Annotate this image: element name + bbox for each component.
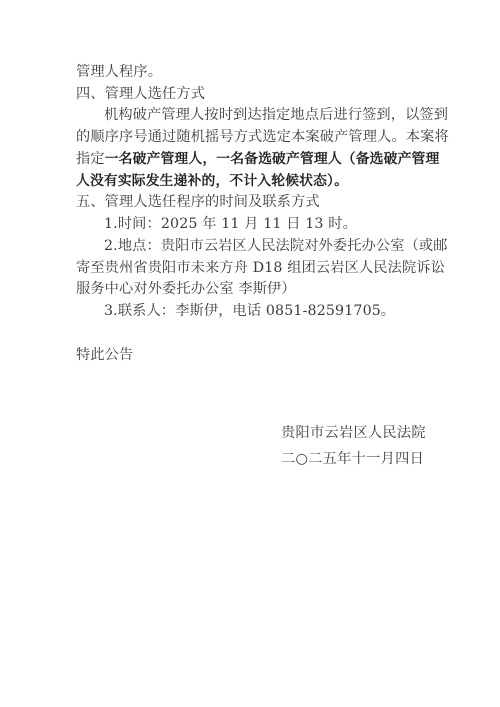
section-heading-time-contact: 五、管理人选任程序的时间及联系方式 [76, 193, 320, 211]
emphasized-text: 一名破产管理人，一名备选破产管理人（备选破产管理 [105, 151, 440, 167]
paragraph-line: 机构破产管理人按时到达指定地点后进行签到，以签到 [104, 106, 448, 124]
paragraph-line: 管理人程序。 [76, 63, 162, 81]
document-page: 管理人程序。 四、管理人选任方式 机构破产管理人按时到达指定地点后进行签到，以签… [0, 0, 500, 707]
paragraph-line: 指定一名破产管理人，一名备选破产管理人（备选破产管理 [76, 150, 439, 168]
paragraph-line: 的顺序序号通过随机摇号方式选定本案破产管理人。本案将 [76, 128, 449, 146]
paragraph-text: 指定 [76, 151, 105, 167]
emphasized-text: 人没有实际发生递补的，不计入轮候状态）。 [76, 172, 348, 190]
location-item: 2.地点：贵阳市云岩区人民法院对外委托办公室（或邮 [104, 237, 448, 255]
time-item: 1.时间：2025 年 11 月 11 日 13 时。 [104, 215, 357, 233]
signature-date: 二○二五年十一月四日 [281, 450, 424, 468]
contact-item: 3.联系人：李斯伊，电话 0851-82591705。 [104, 302, 395, 320]
section-heading-selection-method: 四、管理人选任方式 [76, 85, 205, 103]
court-signature: 贵阳市云岩区人民法院 [281, 424, 426, 442]
paragraph-line: 寄至贵州省贵阳市未来方舟 D18 组团云岩区人民法院诉讼 [76, 259, 445, 277]
closing-text: 特此公告 [76, 346, 133, 364]
paragraph-line: 服务中心对外委托办公室 李斯伊） [76, 280, 296, 298]
